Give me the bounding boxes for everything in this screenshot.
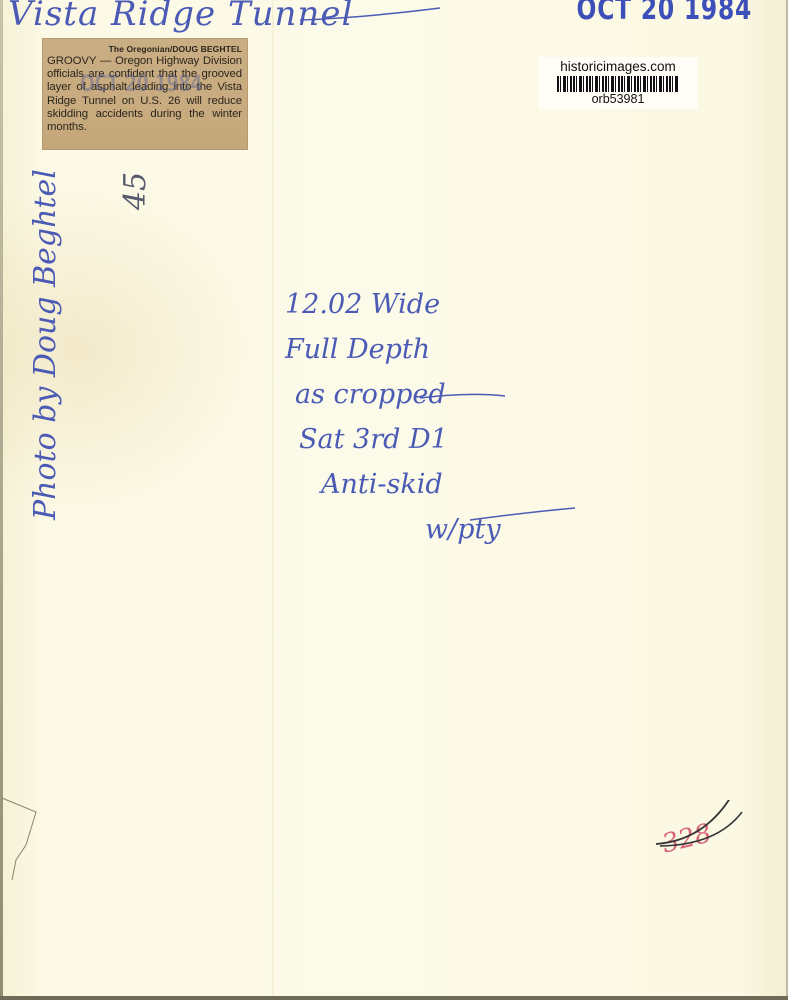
paper-tear-icon xyxy=(0,790,40,890)
inventory-mark: 328 xyxy=(652,800,752,870)
pencil-strike-icon xyxy=(652,800,752,870)
